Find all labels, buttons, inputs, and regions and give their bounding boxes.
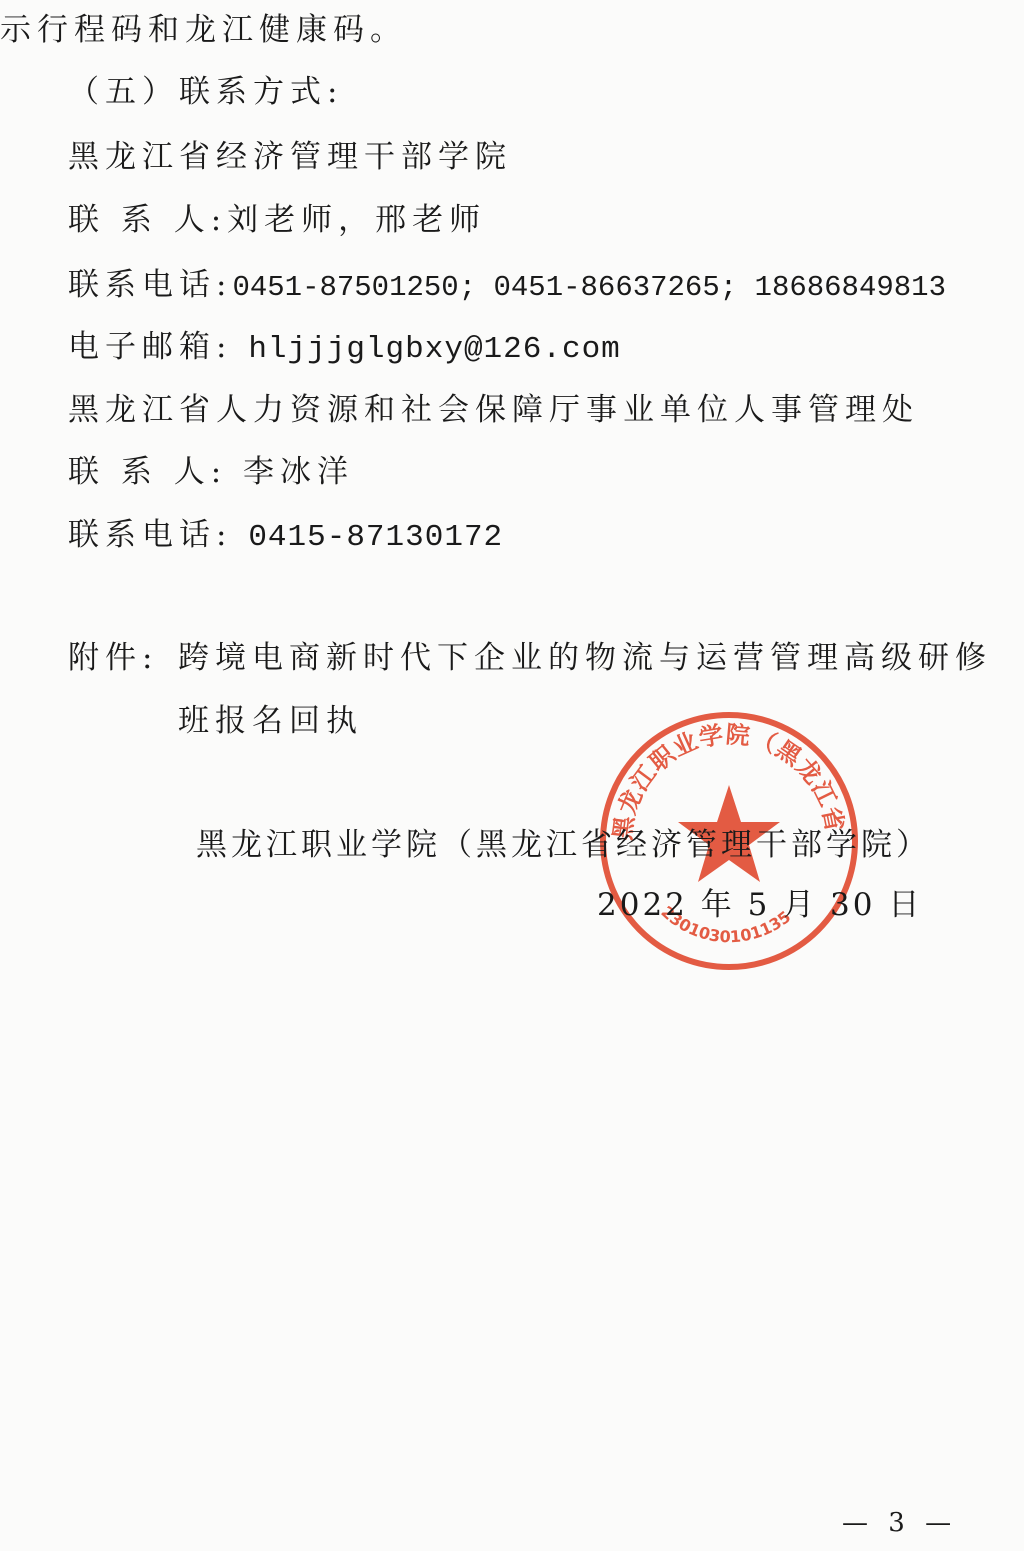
contact-person-row-2: 联 系 人: 李冰洋: [68, 452, 354, 492]
contact-phone-row-2: 联系电话: 0415-87130172: [68, 515, 503, 558]
contact-org-1: 黑龙江省经济管理干部学院: [68, 137, 512, 177]
contact-org-2: 黑龙江省人力资源和社会保障厅事业单位人事管理处: [68, 390, 919, 430]
contact-email-row-1: 电子邮箱: hljjjglgbxy@126.com: [68, 327, 621, 370]
section-heading: （五）联系方式:: [68, 72, 343, 112]
contact-phone-label: 联系电话:: [68, 267, 232, 303]
contact-phone-row-1: 联系电话:0451-87501250; 0451-86637265; 18686…: [68, 265, 946, 308]
attachment-title-line-1: 跨境电商新时代下企业的物流与运营管理高级研修: [178, 638, 992, 678]
contact-person-label: 联 系 人:: [68, 454, 227, 490]
attachment-title-line-2: 班报名回执: [178, 701, 363, 741]
contact-person-row-1: 联 系 人:刘老师，邢老师: [68, 200, 486, 240]
contact-person-value: 刘老师，邢老师: [227, 202, 486, 238]
continuation-line: 示行程码和龙江健康码。: [0, 10, 407, 50]
issuer-name: 黑龙江职业学院（黑龙江省经济管理干部学院）: [196, 825, 931, 865]
issue-date: 2022 年 5 月 30 日: [597, 885, 922, 925]
contact-person-value: 李冰洋: [243, 454, 354, 490]
attachment-label: 附件:: [68, 638, 158, 678]
contact-person-label: 联 系 人:: [68, 202, 227, 238]
contact-phone-value: 0451-87501250; 0451-86637265; 1868684981…: [232, 271, 946, 304]
contact-phone-label: 联系电话:: [68, 517, 232, 553]
svg-text:黑龙江职业学院（黑龙江省经济管理干部学院）: 黑龙江职业学院（黑龙江省经济管理干部学院）: [598, 710, 849, 842]
contact-email-label: 电子邮箱:: [68, 329, 232, 365]
contact-email-value: hljjjglgbxy@126.com: [248, 332, 620, 367]
page-number: — 3 —: [842, 1508, 957, 1538]
contact-phone-value: 0415-87130172: [248, 520, 503, 555]
